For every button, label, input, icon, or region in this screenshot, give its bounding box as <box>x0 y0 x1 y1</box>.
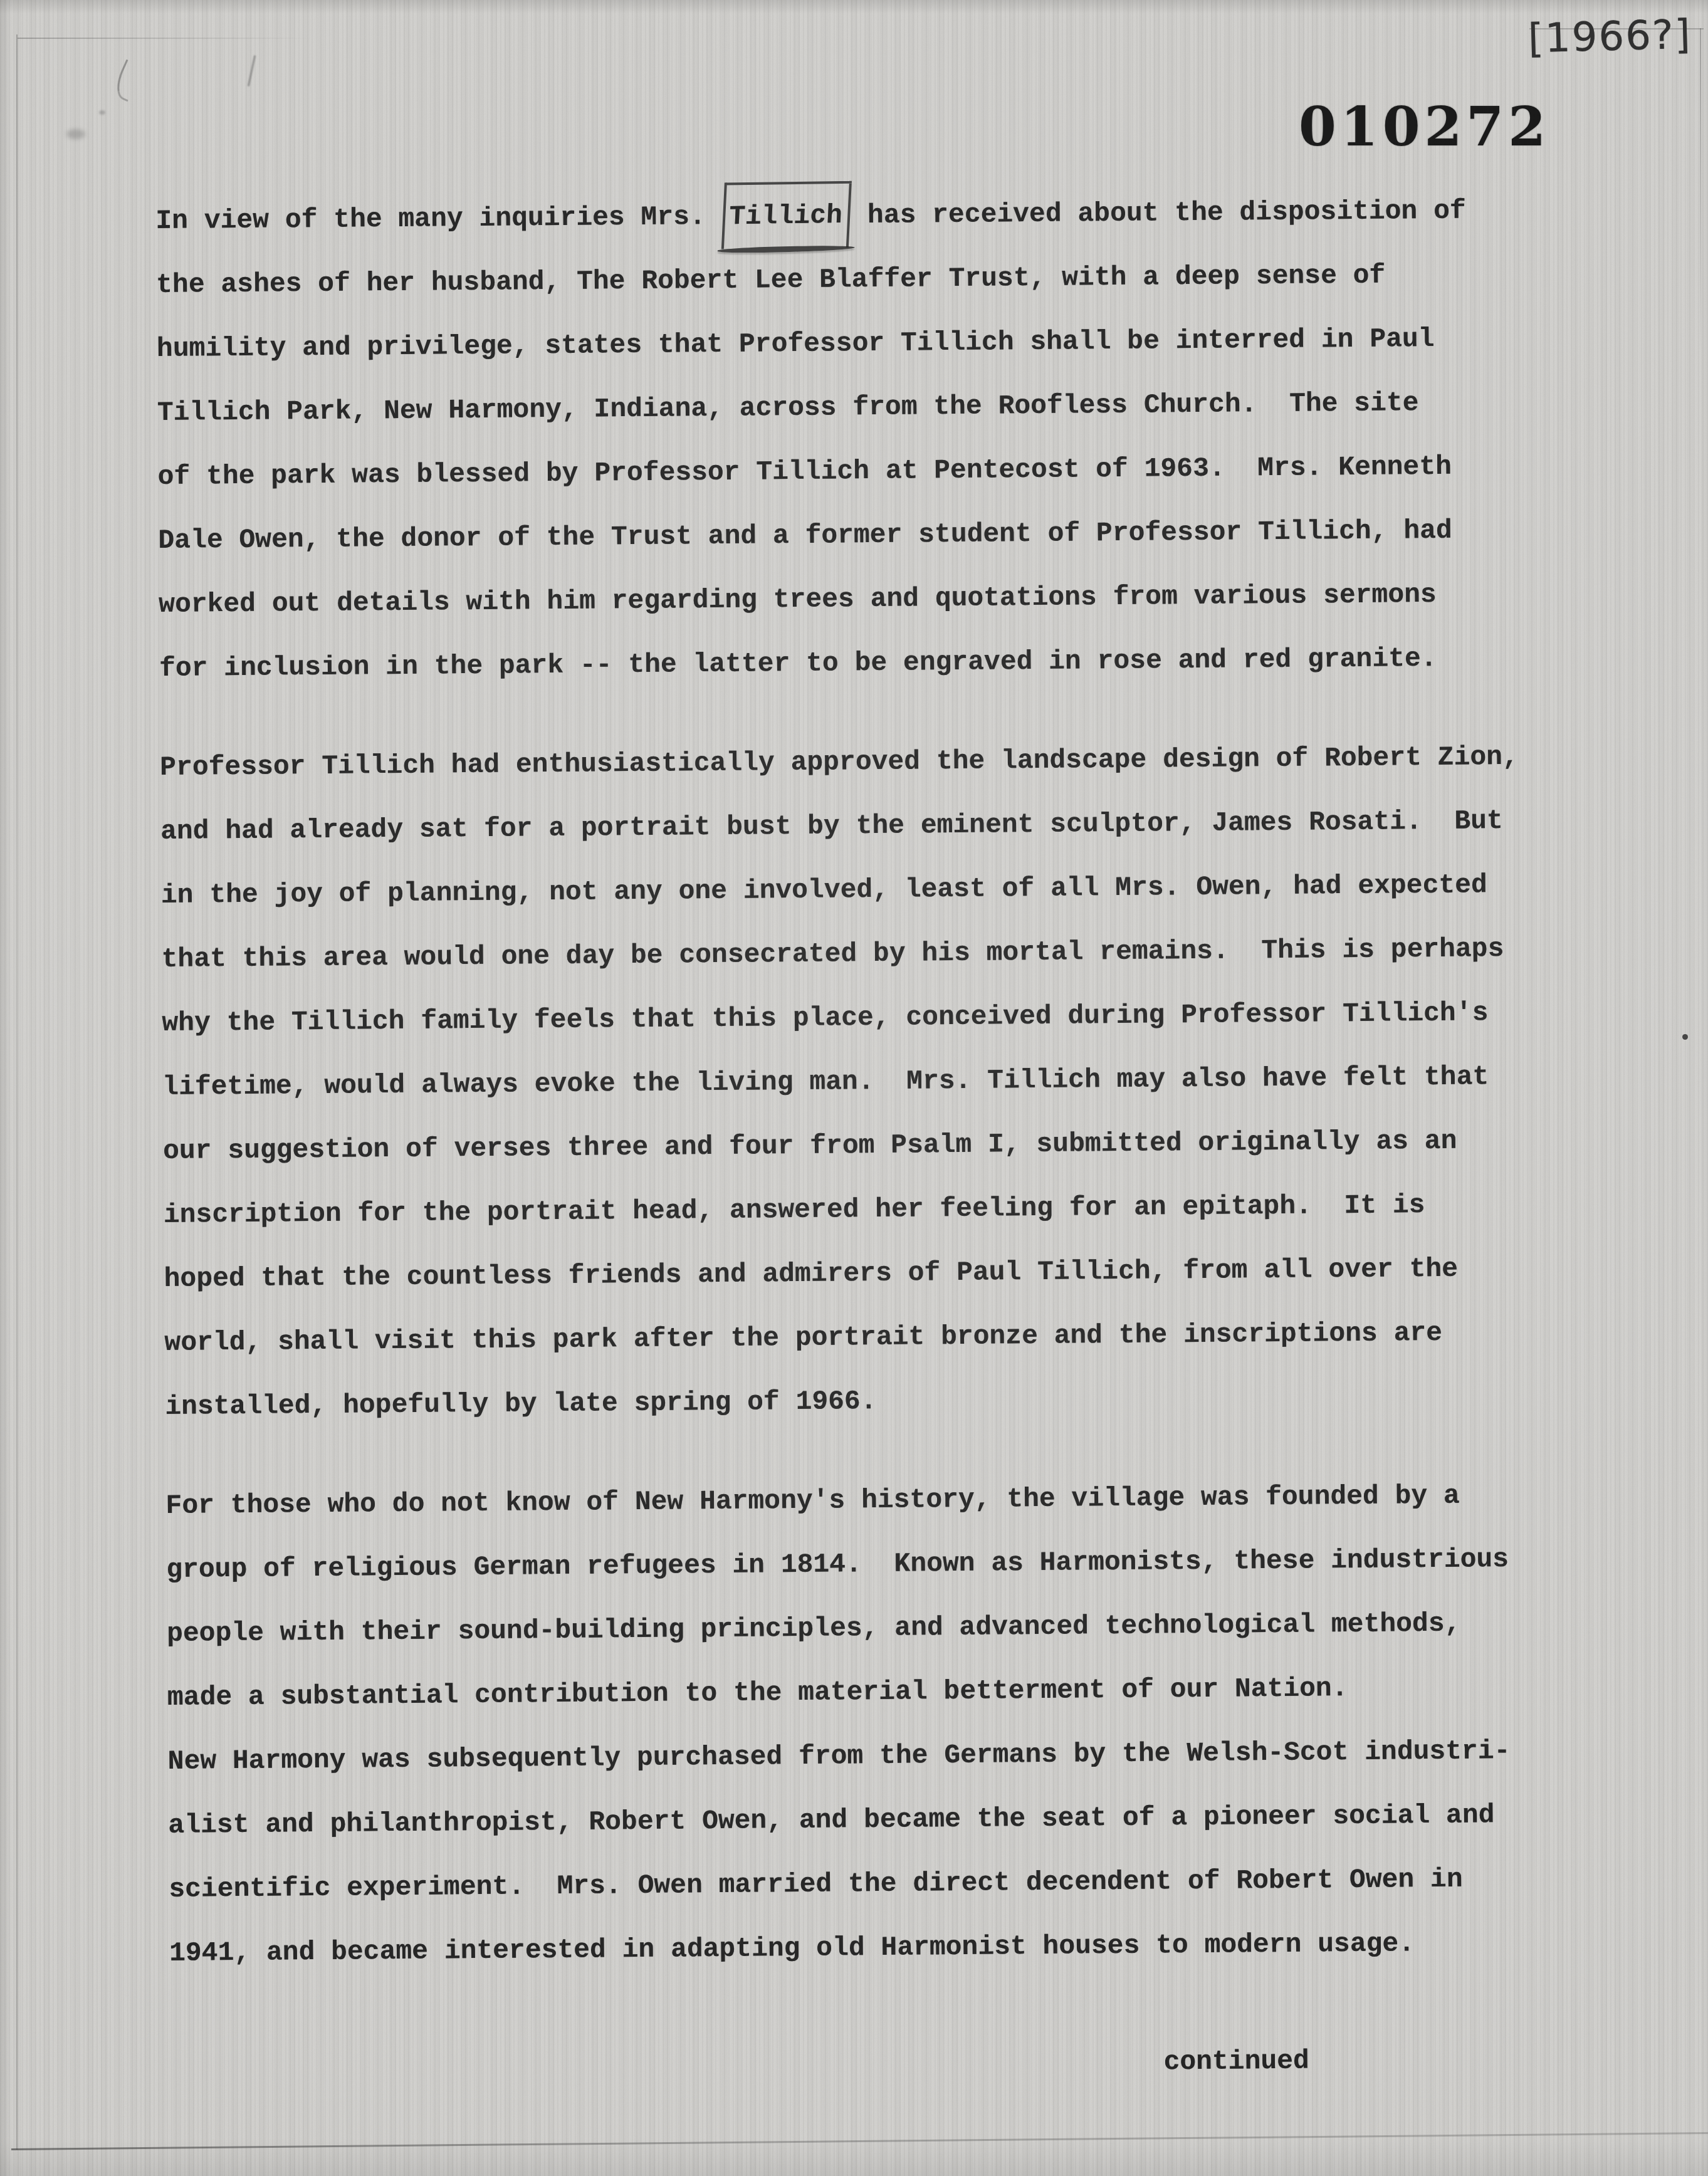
typewritten-line: that this area would one day be consecra… <box>161 917 1522 991</box>
document-number-stamp: 010272 <box>1299 95 1550 159</box>
typewritten-line: in the joy of planning, not any one invo… <box>160 853 1521 928</box>
hand-circled-word: Tillich <box>721 181 852 249</box>
typewritten-line: alist and philanthropist, Robert Owen, a… <box>168 1783 1529 1858</box>
typewritten-line: New Harmony was subsequently purchased f… <box>167 1719 1528 1794</box>
paper-edge-top-left <box>18 38 312 39</box>
typewritten-line: people with their sound-building princip… <box>167 1591 1527 1666</box>
paper-edge-left <box>16 34 18 2150</box>
typewritten-line: lifetime, would always evoke the living … <box>162 1045 1523 1119</box>
typewritten-line: 1941, and became interested in adapting … <box>169 1911 1530 1985</box>
pencil-squiggle-mark <box>111 60 143 102</box>
typewritten-line: inscription for the portrait head, answe… <box>163 1173 1524 1247</box>
line-prefix: In view of the many inquiries Mrs. <box>155 201 722 236</box>
typewritten-line: installed, hopefully by late spring of 1… <box>165 1364 1526 1439</box>
typewritten-line: world, shall visit this park after the p… <box>164 1300 1525 1375</box>
typewritten-line: scientific experiment. Mrs. Owen married… <box>169 1847 1529 1922</box>
paragraph-interment: In view of the many inquiries Mrs. Tilli… <box>155 176 1519 701</box>
paragraph-new-harmony-history: For those who do not know of New Harmony… <box>165 1463 1529 1985</box>
typewritten-line: For those who do not know of New Harmony… <box>165 1463 1526 1538</box>
paper-edge-right <box>1700 28 1701 354</box>
paper-speck <box>99 110 105 115</box>
typewritten-line: hoped that the countless friends and adm… <box>164 1237 1524 1311</box>
typewritten-line: made a substantial contribution to the m… <box>167 1655 1528 1730</box>
paper-smudge <box>66 129 85 139</box>
handwritten-date-annotation: [1966?] <box>1527 12 1692 63</box>
typewritten-line: Dale Owen, the donor of the Trust and a … <box>158 498 1519 573</box>
typewritten-line: worked out details with him regarding tr… <box>159 562 1519 637</box>
line-suffix: has received about the disposition of <box>851 196 1466 231</box>
continued-label: continued <box>170 2027 1531 2102</box>
typewritten-line: Professor Tillich had enthusiastically a… <box>160 725 1521 800</box>
typewritten-line: why the Tillich family feels that this p… <box>162 981 1522 1055</box>
typewritten-line: and had already sat for a portrait bust … <box>160 789 1521 864</box>
typewritten-line: of the park was blessed by Professor Til… <box>157 434 1518 509</box>
pencil-tick-mark <box>248 55 256 86</box>
paper-edge-bottom <box>11 2132 1708 2150</box>
typewritten-line: our suggestion of verses three and four … <box>163 1109 1524 1183</box>
typewritten-line: for inclusion in the park -- the latter … <box>159 626 1520 701</box>
typewritten-line: humility and privilege, states that Prof… <box>157 306 1517 381</box>
typewritten-text-block: In view of the many inquiries Mrs. Tilli… <box>155 176 1531 2102</box>
typewritten-line: the ashes of her husband, The Robert Lee… <box>156 243 1517 317</box>
ink-dot <box>1682 1034 1688 1040</box>
scanned-document-page: [1966?] 010272 In view of the many inqui… <box>0 0 1708 2176</box>
typewritten-line: Tillich Park, New Harmony, Indiana, acro… <box>157 370 1517 445</box>
typewritten-line: In view of the many inquiries Mrs. Tilli… <box>155 176 1516 253</box>
paragraph-park-plans: Professor Tillich had enthusiastically a… <box>160 725 1526 1439</box>
typewritten-line: group of religious German refugees in 18… <box>166 1527 1527 1602</box>
